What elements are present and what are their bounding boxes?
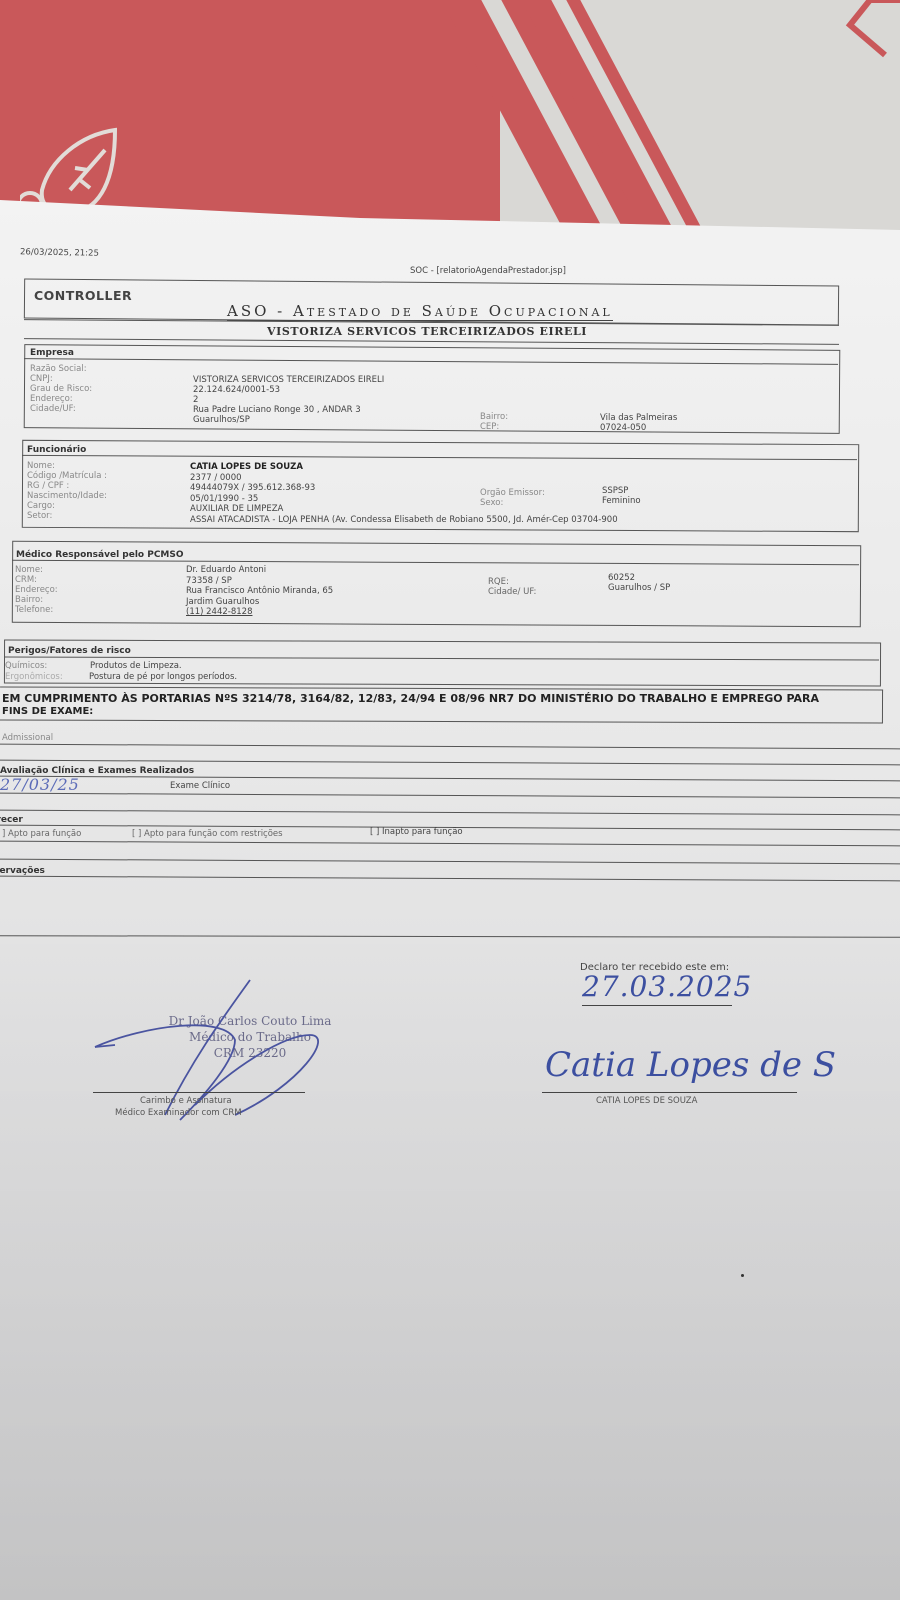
exam-date-handwritten: 27/03/25 [0, 775, 80, 794]
employee-birth-age: 05/01/1990 - 35 [190, 494, 618, 505]
medico-bairro: Jardim Guarulhos [186, 597, 333, 608]
employee-name: CATIA LOPES DE SOUZA [190, 462, 618, 473]
razao-social: VISTORIZA SERVICOS TERCEIRIZADOS EIRELI [193, 375, 384, 385]
employee-signature: Catia Lopes de S [545, 1045, 836, 1085]
exam-performed: Exame Clínico [170, 781, 230, 791]
parecer-title: Parecer [0, 815, 23, 825]
empresa-values: VISTORIZA SERVICOS TERCEIRIZADOS EIRELI … [193, 375, 384, 425]
employee-rg-cpf: 49444079X / 395.612.368-93 [190, 483, 618, 494]
medico-title: Médico Responsável pelo PCMSO [16, 550, 184, 560]
option-apto[interactable]: [ ] Apto para função [0, 829, 81, 839]
print-timestamp: 26/03/2025, 21:25 [20, 247, 99, 258]
risco-quimico: Produtos de Limpeza. [90, 661, 237, 672]
examiner-caption: Médico Examinador com CRM [115, 1108, 242, 1118]
cidade-uf: Guarulhos/SP [193, 415, 384, 425]
option-apto-restricoes[interactable]: [ ] Apto para função com restrições [132, 829, 283, 839]
endereco: Rua Padre Luciano Ronge 30 , ANDAR 3 [193, 405, 384, 415]
portarias-text: EM CUMPRIMENTO ÀS PORTARIAS NºS 3214/78,… [2, 692, 819, 705]
document-title-text: Atestado de Saúde Ocupacional [293, 302, 613, 320]
cnpj: 22.124.624/0001-53 [193, 385, 384, 395]
stamp-caption: Carimbo e Assinatura [140, 1096, 232, 1106]
employee-sector: ASSAI ATACADISTA - LOJA PENHA (Av. Conde… [190, 515, 618, 526]
employee-code: 2377 / 0000 [190, 473, 618, 484]
orgao-emissor: SSPSP [602, 486, 641, 496]
controller-logo: CONTROLLER [34, 288, 132, 303]
empresa-labels: Razão Social:CNPJ:Grau de Risco:Endereço… [30, 364, 92, 414]
medico-crm: 73358 / SP [186, 576, 333, 587]
observacoes-title: Observações [0, 866, 45, 876]
exam-type: Admissional [2, 733, 53, 743]
fins-exame-label: FINS DE EXAME: [2, 706, 93, 717]
grau-risco: 2 [193, 395, 384, 405]
medico-rqe: 60252 [608, 573, 670, 583]
riscos-title: Perigos/Fatores de risco [8, 646, 131, 656]
sexo: Feminino [602, 496, 641, 506]
empresa-bairro: Vila das Palmeiras [600, 413, 677, 423]
medico-cidade: Guarulhos / SP [608, 583, 670, 593]
medico-endereco: Rua Francisco Antônio Miranda, 65 [186, 586, 333, 597]
empresa-cep: 07024-050 [600, 423, 677, 433]
medico-nome: Dr. Eduardo Antoni [186, 565, 333, 576]
employee-role: AUXILIAR DE LIMPEZA [190, 504, 618, 515]
company-title: VISTORIZA SERVICOS TERCEIRIZADOS EIRELI [267, 325, 587, 338]
empresa-title: Empresa [30, 348, 74, 358]
option-inapto[interactable]: [ ] Inapto para função [370, 827, 463, 837]
received-date-handwritten: 27.03.2025 [582, 970, 752, 1003]
medico-telefone: (11) 2442-8128 [186, 607, 333, 618]
document-title: ASO - Atestado de Saúde Ocupacional [227, 302, 613, 321]
employee-printed-name: CATIA LOPES DE SOUZA [596, 1096, 697, 1106]
empresa-section [24, 344, 841, 434]
funcionario-title: Funcionário [27, 445, 86, 455]
source-page: SOC - [relatorioAgendaPrestador.jsp] [410, 266, 566, 276]
aso-document: 26/03/2025, 21:25 SOC - [relatorioAgenda… [0, 0, 900, 1600]
risco-ergonomico: Postura de pé por longos períodos. [89, 672, 237, 683]
